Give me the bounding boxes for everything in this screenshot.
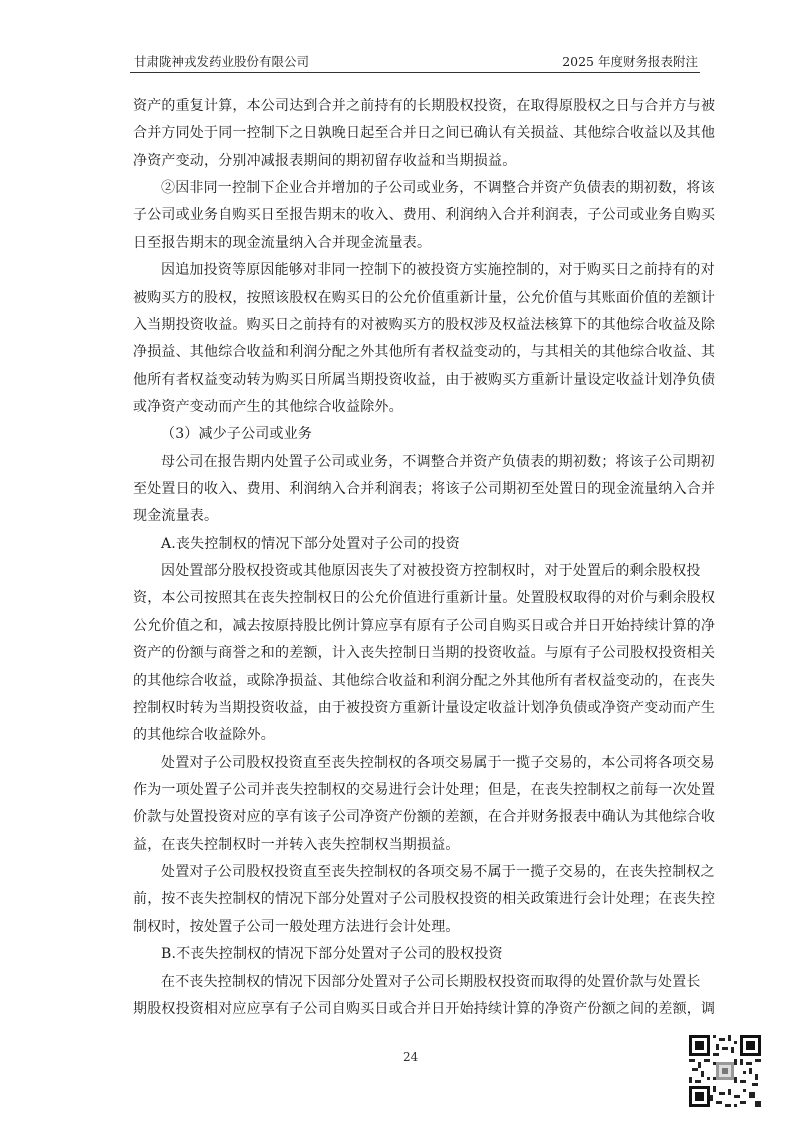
- text-line: 他所有者权益变动转为购买日所属当期投资收益，由于被购买方重新计量设定收益计划净负…: [133, 367, 698, 394]
- text-line: 净资产变动，分别冲减报表期间的期初留存收益和当期损益。: [133, 148, 698, 175]
- text-line: 益，在丧失控制权时一并转入丧失控制权当期损益。: [133, 832, 698, 859]
- text-line: 合并方同处于同一控制下之日孰晚日起至合并日之间已确认有关损益、其他综合收益以及其…: [133, 120, 698, 147]
- text-line: 子公司或业务自购买日至报告期末的收入、费用、利润纳入合并利润表，子公司或业务自购…: [133, 202, 698, 229]
- paragraph-partial-disposal-retain-control: 在不丧失控制权的情况下因部分处置对子公司长期股权投资而取得的处置价款与处置长 期…: [133, 969, 698, 1024]
- text-line: 资产的重复计算，本公司达到合并之前持有的长期股权投资，在取得原股权之日与合并方与…: [133, 93, 698, 120]
- heading-line: B.不丧失控制权的情况下部分处置对子公司的股权投资: [133, 941, 698, 968]
- text-line: 至处置日的收入、费用、利润纳入合并利润表；将该子公司期初至处置日的现金流量纳入合…: [133, 476, 698, 503]
- section-heading-reduce-subsidiaries: （3）减少子公司或业务: [133, 421, 698, 448]
- text-line: 或净资产变动而产生的其他综合收益除外。: [133, 394, 698, 421]
- text-line: 母公司在报告期内处置子公司或业务，不调整合并资产负债表的期初数；将该子公司期初: [133, 449, 698, 476]
- text-line: 入当期投资收益。购买日之前持有的对被购买方的股权涉及权益法核算下的其他综合收益及…: [133, 312, 698, 339]
- heading-line: A.丧失控制权的情况下部分处置对子公司的投资: [133, 531, 698, 558]
- paragraph-partial-disposal-loss-of-control: 因处置部分股权投资或其他原因丧失了对被投资方控制权时，对于处置后的剩余股权投 资…: [133, 558, 698, 750]
- text-line: 处置对子公司股权投资直至丧失控制权的各项交易属于一揽子交易的，本公司将各项交易: [133, 750, 698, 777]
- paragraph-additional-investment: 因追加投资等原因能够对非同一控制下的被投资方实施控制的，对于购买日之前持有的对 …: [133, 257, 698, 421]
- text-line: 净损益、其他综合收益和利润分配之外其他所有者权益变动的，与其相关的其他综合收益、…: [133, 339, 698, 366]
- heading-line: （3）减少子公司或业务: [133, 421, 698, 448]
- text-line: 在不丧失控制权的情况下因部分处置对子公司长期股权投资而取得的处置价款与处置长: [133, 969, 698, 996]
- text-line: 的其他综合收益，或除净损益、其他综合收益和利润分配之外其他所有者权益变动的，在丧…: [133, 668, 698, 695]
- text-line: 的其他综合收益除外。: [133, 722, 698, 749]
- text-line: 控制权时转为当期投资收益，由于被投资方重新计量设定收益计划净负债或净资产变动而产…: [133, 695, 698, 722]
- text-line: 作为一项处置子公司并丧失控制权的交易进行会计处理；但是，在丧失控制权之前每一次处…: [133, 777, 698, 804]
- paragraph-non-common-control-merger: ②因非同一控制下企业合并增加的子公司或业务，不调整合并资产负债表的期初数，将该 …: [133, 175, 698, 257]
- text-line: 因追加投资等原因能够对非同一控制下的被投资方实施控制的，对于购买日之前持有的对: [133, 257, 698, 284]
- subheading-b-no-loss-of-control: B.不丧失控制权的情况下部分处置对子公司的股权投资: [133, 941, 698, 968]
- document-body: 资产的重复计算，本公司达到合并之前持有的长期股权投资，在取得原股权之日与合并方与…: [133, 93, 698, 1023]
- text-line: 被购买方的股权，按照该股权在购买日的公允价值重新计量，公允价值与其账面价值的差额…: [133, 285, 698, 312]
- text-line: 资，本公司按照其在丧失控制权日的公允价值进行重新计量。处置股权取得的对价与剩余股…: [133, 585, 698, 612]
- text-line: 公允价值之和，减去按原持股比例计算应享有原有子公司自购买日或合并日开始持续计算的…: [133, 613, 698, 640]
- page-number: 24: [403, 1050, 418, 1064]
- text-line: 日至报告期末的现金流量纳入合并现金流量表。: [133, 230, 698, 257]
- text-line: 价款与处置投资对应的享有该子公司净资产份额的差额，在合并财务报表中确认为其他综合…: [133, 804, 698, 831]
- page-header: 甘肃陇神戎发药业股份有限公司 2025 年度财务报表附注: [130, 54, 700, 73]
- paragraph-non-package-transaction: 处置对子公司股权投资直至丧失控制权的各项交易不属于一揽子交易的，在丧失控制权之 …: [133, 859, 698, 941]
- text-line: 因处置部分股权投资或其他原因丧失了对被投资方控制权时，对于处置后的剩余股权投: [133, 558, 698, 585]
- text-line: 前，按不丧失控制权的情况下部分处置对子公司股权投资的相关政策进行会计处理；在丧失…: [133, 886, 698, 913]
- text-line: ②因非同一控制下企业合并增加的子公司或业务，不调整合并资产负债表的期初数，将该: [133, 175, 698, 202]
- paragraph-disposal-subsidiary: 母公司在报告期内处置子公司或业务，不调整合并资产负债表的期初数；将该子公司期初 …: [133, 449, 698, 531]
- text-line: 期股权投资相对应应享有子公司自购买日或合并日开始持续计算的净资产份额之间的差额，…: [133, 996, 698, 1023]
- subheading-a-loss-of-control: A.丧失控制权的情况下部分处置对子公司的投资: [133, 531, 698, 558]
- text-line: 现金流量表。: [133, 503, 698, 530]
- text-line: 资产的份额与商誉之和的差额，计入丧失控制日当期的投资收益。与原有子公司股权投资相…: [133, 640, 698, 667]
- text-line: 处置对子公司股权投资直至丧失控制权的各项交易不属于一揽子交易的，在丧失控制权之: [133, 859, 698, 886]
- paragraph-package-transaction: 处置对子公司股权投资直至丧失控制权的各项交易属于一揽子交易的，本公司将各项交易 …: [133, 750, 698, 859]
- company-name: 甘肃陇神戎发药业股份有限公司: [134, 54, 309, 70]
- qr-code-icon: [689, 1035, 761, 1107]
- text-line: 制权时，按处置子公司一般处理方法进行会计处理。: [133, 914, 698, 941]
- report-title: 2025 年度财务报表附注: [562, 54, 698, 70]
- paragraph-continuation: 资产的重复计算，本公司达到合并之前持有的长期股权投资，在取得原股权之日与合并方与…: [133, 93, 698, 175]
